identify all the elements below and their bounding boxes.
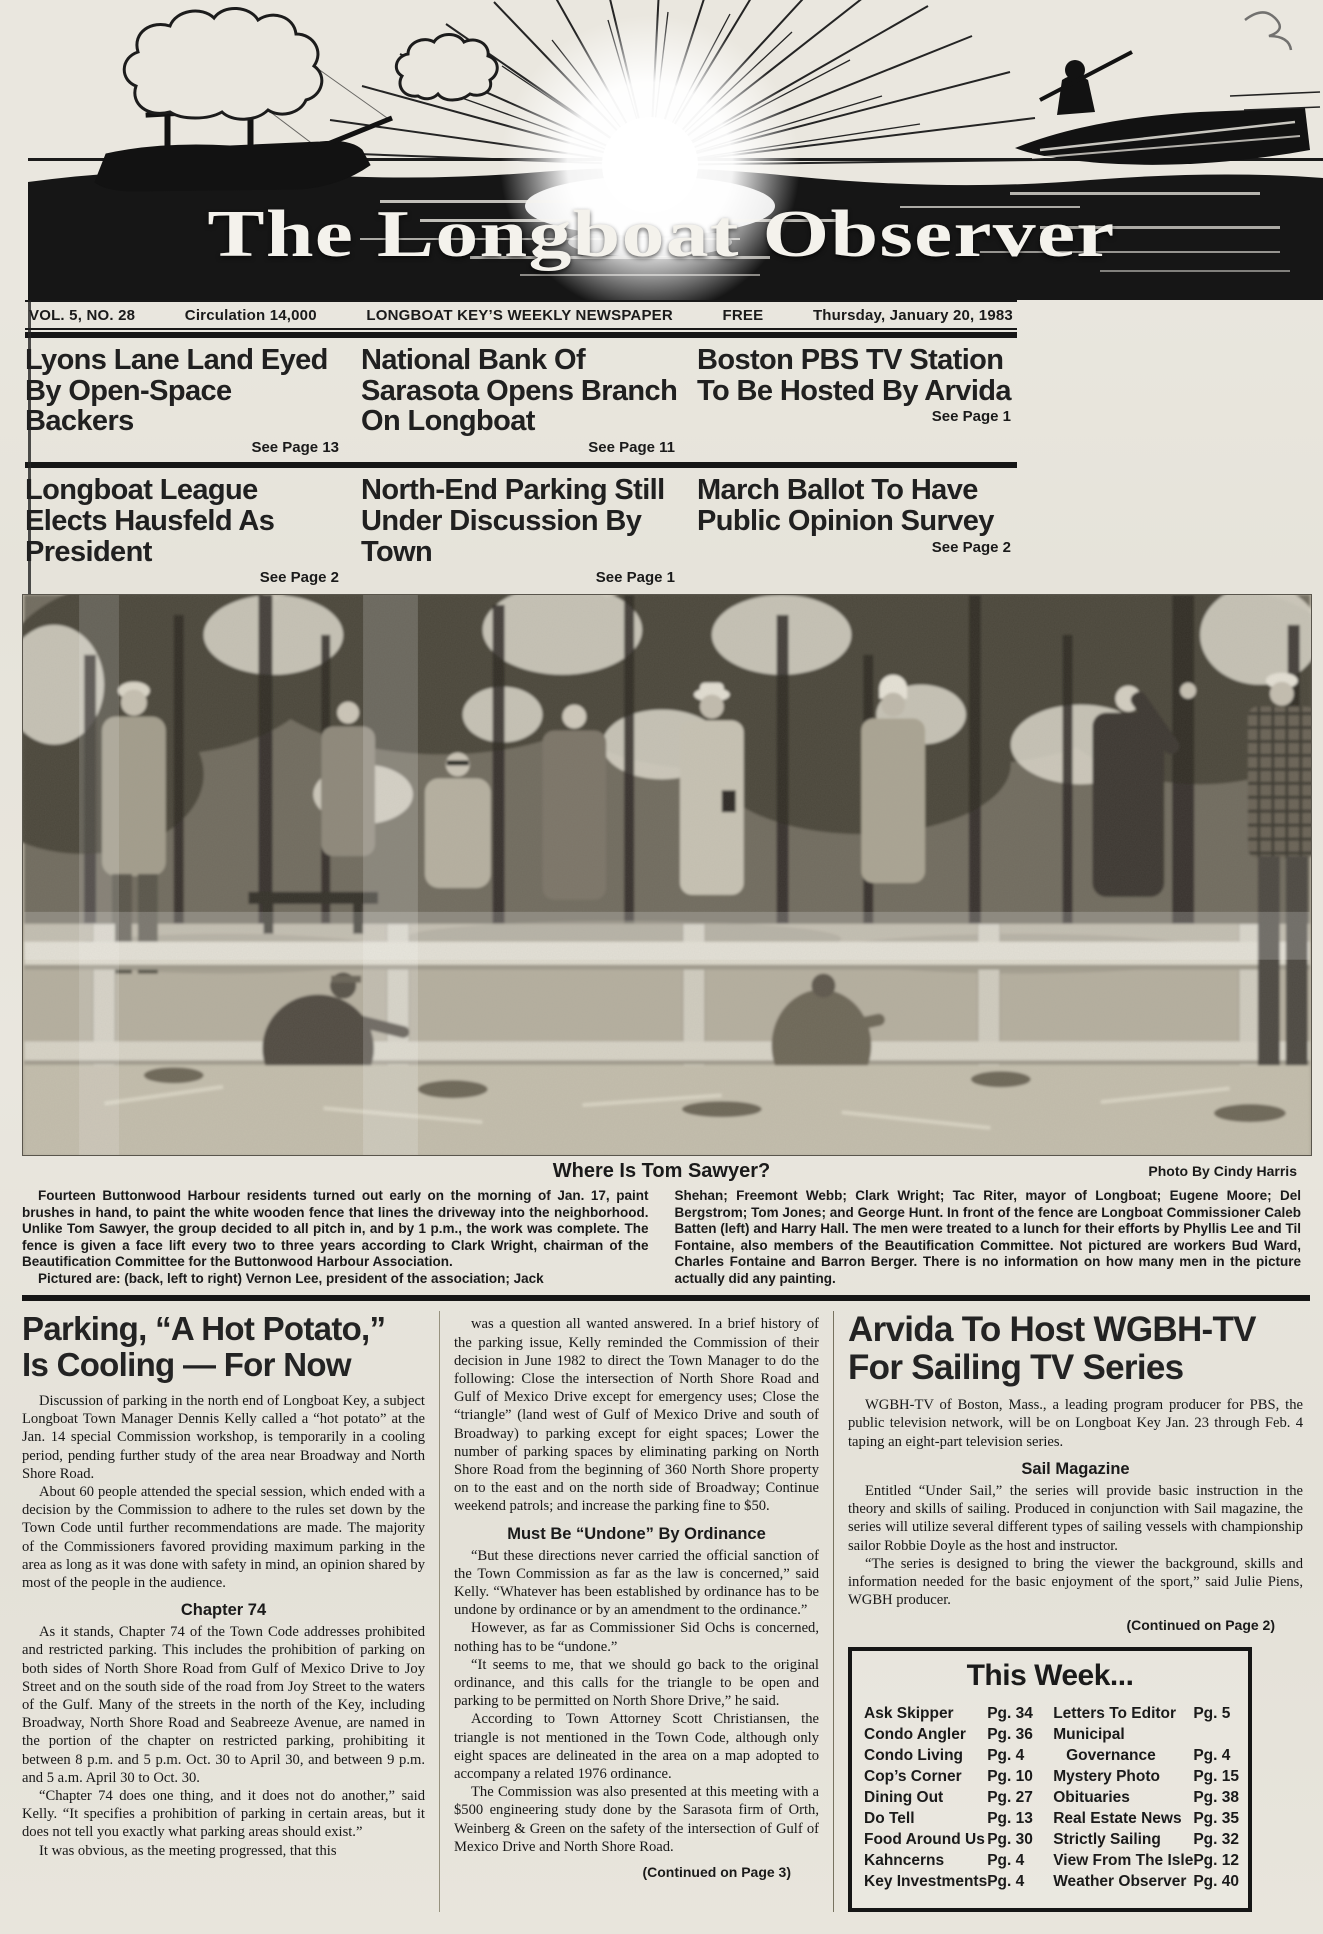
caption-text: Fourteen Buttonwood Harbour residents tu… (22, 1188, 649, 1271)
paragraph: “But these directions never carried the … (454, 1547, 819, 1620)
toc-label: Letters To Editor (1053, 1703, 1176, 1724)
toc-column-right: Letters To Editor Pg. 5 Municipal Govern… (1053, 1703, 1245, 1892)
toc-page: Pg. 32 (1193, 1829, 1245, 1850)
article-parking: Parking, “A Hot Potato,” Is Cooling — Fo… (22, 1311, 439, 1912)
this-week-title: This Week... (864, 1659, 1236, 1693)
info-bar: VOL. 5, NO. 28 Circulation 14,000 LONGBO… (25, 300, 1017, 330)
toc-label: Real Estate News (1053, 1808, 1181, 1829)
toc-page: Pg. 15 (1193, 1766, 1245, 1787)
article-subhead: Sail Magazine (848, 1460, 1303, 1479)
toc-label: View From The Isle (1053, 1850, 1193, 1871)
toc-label: Key Investments (864, 1871, 987, 1892)
tagline: LONGBOAT KEY’S WEEKLY NEWSPAPER (366, 307, 673, 324)
toc-entry: View From The Isle Pg. 12 (1053, 1850, 1245, 1871)
toc-page: Pg. 4 (987, 1871, 1039, 1892)
toc-entry: Key Investments Pg. 4 (864, 1871, 1039, 1892)
caption-column-right: Shehan; Freemont Webb; Clark Wright; Tac… (675, 1188, 1302, 1287)
toc-label: Food Around Us (864, 1829, 985, 1850)
teaser-page-ref: See Page 2 (25, 567, 345, 586)
paragraph: “It seems to me, that we should go back … (454, 1656, 819, 1711)
teaser-headline: Boston PBS TV Station To Be Hosted By Ar… (697, 345, 1017, 406)
toc-entry: Food Around Us Pg. 30 (864, 1829, 1039, 1850)
caption-header: Where Is Tom Sawyer? Photo By Cindy Harr… (22, 1160, 1301, 1186)
toc-entry: Ask Skipper Pg. 34 (864, 1703, 1039, 1724)
photo-caption-title: Where Is Tom Sawyer? (22, 1160, 1301, 1183)
front-page-photo (22, 594, 1312, 1156)
caption-column-left: Fourteen Buttonwood Harbour residents tu… (22, 1188, 649, 1287)
newspaper-title: The Longboat Observer (0, 196, 1323, 273)
article-body: Discussion of parking in the north end o… (22, 1392, 425, 1860)
article-subhead: Must Be “Undone” By Ordinance (454, 1525, 819, 1544)
issue-date: Thursday, January 20, 1983 (813, 307, 1013, 324)
toc-entry: Do Tell Pg. 13 (864, 1808, 1039, 1829)
masthead: The Longboat Observer (0, 0, 1323, 300)
article-body: WGBH-TV of Boston, Mass., a leading prog… (848, 1396, 1303, 1609)
article-arvida: Arvida To Host WGBH-TV For Sailing TV Se… (834, 1311, 1303, 1912)
this-week-columns: Ask Skipper Pg. 34 Condo Angler Pg. 36 C… (864, 1703, 1236, 1892)
paragraph: “Chapter 74 does one thing, and it does … (22, 1787, 425, 1842)
toc-page: Pg. 4 (987, 1745, 1039, 1766)
toc-label: Condo Living (864, 1745, 963, 1766)
toc-entry: Mystery Photo Pg. 15 (1053, 1766, 1245, 1787)
caption-text: Pictured are: (back, left to right) Vern… (22, 1271, 649, 1288)
toc-entry: Condo Living Pg. 4 (864, 1745, 1039, 1766)
toc-page: Pg. 38 (1193, 1787, 1245, 1808)
article-body: was a question all wanted answered. In a… (454, 1315, 819, 1856)
toc-page: Pg. 35 (1193, 1808, 1245, 1829)
toc-page: Pg. 12 (1193, 1850, 1245, 1871)
teaser-headline: Longboat League Elects Hausfeld As Presi… (25, 475, 345, 567)
teaser: March Ballot To Have Public Opinion Surv… (697, 475, 1017, 586)
toc-entry: Cop’s Corner Pg. 10 (864, 1766, 1039, 1787)
toc-entry: Governance Pg. 4 (1053, 1745, 1245, 1766)
teaser: Boston PBS TV Station To Be Hosted By Ar… (697, 345, 1017, 456)
teaser: National Bank Of Sarasota Opens Branch O… (361, 345, 681, 456)
toc-entry: Municipal (1053, 1724, 1245, 1745)
toc-label: Dining Out (864, 1787, 943, 1808)
toc-page: Pg. 13 (987, 1808, 1039, 1829)
paragraph: However, as far as Commissioner Sid Ochs… (454, 1619, 819, 1655)
toc-page: Pg. 40 (1193, 1871, 1245, 1892)
photo-scene (23, 595, 1311, 1155)
paragraph: About 60 people attended the special ses… (22, 1483, 425, 1592)
rule (22, 1295, 1310, 1301)
toc-page: Pg. 4 (1193, 1745, 1245, 1766)
toc-page: Pg. 27 (987, 1787, 1039, 1808)
toc-column-left: Ask Skipper Pg. 34 Condo Angler Pg. 36 C… (864, 1703, 1039, 1892)
toc-label: Municipal (1053, 1724, 1124, 1745)
teaser-page-ref: See Page 13 (25, 437, 345, 456)
teaser-page-ref: See Page 1 (361, 567, 681, 586)
toc-entry: Real Estate News Pg. 35 (1053, 1808, 1245, 1829)
caption-text: Shehan; Freemont Webb; Clark Wright; Tac… (675, 1188, 1302, 1287)
toc-label: Condo Angler (864, 1724, 966, 1745)
article-subhead: Chapter 74 (22, 1601, 425, 1620)
toc-label: Governance (1053, 1745, 1156, 1766)
toc-label: Mystery Photo (1053, 1766, 1160, 1787)
article-parking-continued: was a question all wanted answered. In a… (439, 1311, 834, 1912)
photo-credit: Photo By Cindy Harris (1148, 1163, 1297, 1179)
toc-entry: Kahncerns Pg. 4 (864, 1850, 1039, 1871)
toc-entry: Condo Angler Pg. 36 (864, 1724, 1039, 1745)
circulation: Circulation 14,000 (185, 307, 317, 324)
paragraph: According to Town Attorney Scott Christi… (454, 1710, 819, 1783)
toc-label: Do Tell (864, 1808, 915, 1829)
toc-entry: Letters To Editor Pg. 5 (1053, 1703, 1245, 1724)
paragraph: Discussion of parking in the north end o… (22, 1392, 425, 1483)
toc-label: Ask Skipper (864, 1703, 954, 1724)
teaser-page-ref: See Page 11 (361, 437, 681, 456)
toc-entry: Strictly Sailing Pg. 32 (1053, 1829, 1245, 1850)
paragraph: was a question all wanted answered. In a… (454, 1315, 819, 1515)
this-week-index: This Week... Ask Skipper Pg. 34 Condo An… (848, 1647, 1252, 1912)
toc-entry: Dining Out Pg. 27 (864, 1787, 1039, 1808)
photo-caption: Fourteen Buttonwood Harbour residents tu… (22, 1188, 1301, 1287)
toc-page: Pg. 34 (987, 1703, 1039, 1724)
toc-label: Obituaries (1053, 1787, 1130, 1808)
toc-page (1193, 1724, 1245, 1745)
paragraph: It was obvious, as the meeting progresse… (22, 1842, 425, 1860)
teaser-page-ref: See Page 2 (697, 537, 1017, 556)
teaser-headline: March Ballot To Have Public Opinion Surv… (697, 475, 1017, 536)
teaser-headline: Lyons Lane Land Eyed By Open-Space Backe… (25, 345, 345, 437)
paragraph: “The series is designed to bring the vie… (848, 1555, 1303, 1610)
toc-page: Pg. 5 (1193, 1703, 1245, 1724)
continued-note: (Continued on Page 3) (454, 1864, 819, 1880)
toc-entry: Weather Observer Pg. 40 (1053, 1871, 1245, 1892)
paragraph: Entitled “Under Sail,” the series will p… (848, 1482, 1303, 1555)
teaser-headline: North-End Parking Still Under Discussion… (361, 475, 681, 567)
teaser: Longboat League Elects Hausfeld As Presi… (25, 475, 345, 586)
toc-page: Pg. 36 (987, 1724, 1039, 1745)
toc-label: Weather Observer (1053, 1871, 1186, 1892)
photo-grain (24, 595, 1309, 1155)
price: FREE (723, 307, 764, 324)
toc-page: Pg. 30 (987, 1829, 1039, 1850)
toc-entry: Obituaries Pg. 38 (1053, 1787, 1245, 1808)
teaser-row-1: Lyons Lane Land Eyed By Open-Space Backe… (25, 338, 1017, 460)
toc-page: Pg. 4 (987, 1850, 1039, 1871)
teaser: Lyons Lane Land Eyed By Open-Space Backe… (25, 345, 345, 456)
paragraph: As it stands, Chapter 74 of the Town Cod… (22, 1623, 425, 1787)
teaser-page-ref: See Page 1 (697, 406, 1017, 425)
paragraph: WGBH-TV of Boston, Mass., a leading prog… (848, 1396, 1303, 1451)
volume-number: VOL. 5, NO. 28 (29, 307, 135, 324)
paragraph: The Commission was also presented at thi… (454, 1783, 819, 1856)
toc-label: Strictly Sailing (1053, 1829, 1161, 1850)
articles: Parking, “A Hot Potato,” Is Cooling — Fo… (22, 1311, 1310, 1912)
teaser-headline: National Bank Of Sarasota Opens Branch O… (361, 345, 681, 437)
continued-note: (Continued on Page 2) (848, 1617, 1303, 1633)
teaser: North-End Parking Still Under Discussion… (361, 475, 681, 586)
toc-label: Cop’s Corner (864, 1766, 962, 1787)
toc-label: Kahncerns (864, 1850, 944, 1871)
article-headline: Arvida To Host WGBH-TV For Sailing TV Se… (848, 1311, 1303, 1386)
top-block: VOL. 5, NO. 28 Circulation 14,000 LONGBO… (25, 300, 1017, 590)
newspaper-front-page: The Longboat Observer VOL. 5, NO. 28 Cir… (0, 0, 1323, 1934)
article-headline: Parking, “A Hot Potato,” Is Cooling — Fo… (22, 1311, 425, 1382)
toc-page: Pg. 10 (987, 1766, 1039, 1787)
teaser-row-2: Longboat League Elects Hausfeld As Presi… (25, 468, 1017, 590)
